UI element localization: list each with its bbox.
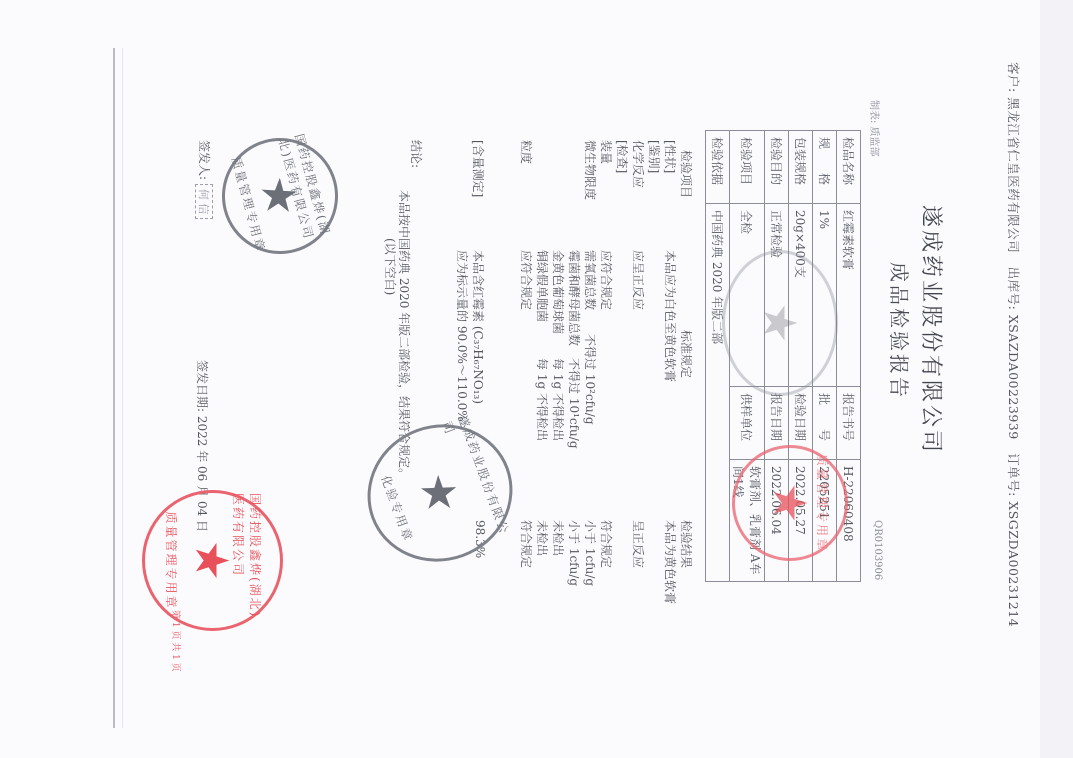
company-title: 遂成药业股份有限公司	[917, 205, 948, 455]
prepared-by: 制表: 质监部	[868, 100, 883, 157]
result-item: 化学反应	[630, 140, 647, 188]
signer-row: 签发人: 何 信	[195, 140, 213, 219]
result-item: [性状]	[662, 140, 679, 173]
info-label: 批 号	[813, 387, 837, 460]
result-value: 本品为黄色软膏	[662, 520, 679, 604]
result-standard: 应为标示量的 90.0%～110.0%	[454, 250, 471, 422]
info-label: 规 格	[813, 131, 837, 204]
star-icon: ★	[757, 302, 803, 343]
star-icon: ★	[767, 482, 813, 523]
result-standard: 应符合规定	[598, 250, 615, 310]
outbound-number: XSAZDA00223939	[1006, 315, 1021, 440]
result-item: 装量	[598, 140, 615, 164]
report-title: 成品检验报告	[886, 262, 915, 400]
info-label: 检验项目	[730, 131, 765, 204]
result-value: 未检出	[534, 520, 551, 556]
result-item: [含量测定]	[470, 140, 487, 197]
blank-note: (以下空白)	[382, 238, 399, 295]
customer-label: 客户:	[1006, 62, 1021, 93]
info-row: 检验依据中国药典 2020 年版二部	[706, 131, 730, 582]
info-label: 检品名称	[837, 131, 861, 204]
result-item: [鉴别]	[646, 140, 663, 173]
info-label: 检验依据	[706, 131, 730, 204]
results-header-standard: 标准规定	[678, 330, 695, 378]
result-item: [检查]	[614, 140, 631, 173]
sign-date-label: 签发日期:	[195, 360, 209, 412]
document-code: QR0103906	[872, 520, 883, 580]
conclusion-label: 结论:	[408, 140, 425, 168]
signer-label: 签发人:	[197, 140, 211, 180]
qc-stamp-red: ★ 国药控股鑫烨(湖北)医药有限公司 质量管理专用章	[142, 490, 283, 631]
result-standard: 应呈正反应	[630, 250, 647, 310]
info-value: 中国药典 2020 年版二部	[706, 204, 730, 582]
qc-stamp-gray: ★ 国药控股鑫烨(湖北)医药有限公司 质量管理专用章	[209, 125, 351, 267]
results-header-item: 检验项目	[678, 150, 695, 198]
result-item: 微生物限度	[582, 140, 599, 200]
test-stamp-gray: ★ 遂成药业股份有限公司 化验专用章	[348, 404, 532, 582]
result-value: 未检出	[550, 520, 567, 556]
result-value: 小于 1cfu/g	[582, 520, 599, 586]
qc-stamp-red-top: ★ 质量管理专用章	[732, 445, 848, 561]
result-item: 粒度	[518, 140, 535, 164]
info-label: 报告书号	[837, 387, 861, 460]
info-label: 供样单位	[730, 387, 765, 460]
result-standard: 铜绿假单胞菌 每 1g 不得检出	[534, 250, 551, 441]
customer-name: 黑龙江省仁皇医药有限公司	[1006, 97, 1021, 253]
order-label: 订单号:	[1006, 453, 1021, 497]
result-standard: 金黄色葡萄球菌 每 1g 不得检出	[550, 250, 567, 441]
result-standard: 本品应为白色至黄色软膏	[662, 250, 679, 382]
info-value: 红霉素软膏	[837, 204, 861, 387]
result-value: 呈正反应	[630, 520, 647, 568]
result-value: 符合规定	[598, 520, 615, 568]
inspection-report-page: 客户: 黑龙江省仁皇医药有限公司 出库号: XSAZDA00223939 订单号…	[0, 0, 1073, 758]
results-header-result: 检验结果	[678, 520, 695, 568]
outbound-label: 出库号:	[1006, 267, 1021, 311]
info-label: 检验目的	[765, 131, 789, 204]
signer-signature: 何 信	[195, 184, 213, 220]
result-value: 小于 1cfu/g	[566, 520, 583, 586]
order-number: XSGZDA00231214	[1006, 501, 1021, 627]
info-label: 包装规格	[789, 131, 813, 204]
result-standard: 霉菌和酵母菌总数 不得过 10¹cfu/g	[566, 250, 583, 449]
company-stamp-faint: ★	[722, 250, 838, 396]
result-standard: 应符合规定	[518, 250, 535, 310]
header-line: 客户: 黑龙江省仁皇医药有限公司 出库号: XSAZDA00223939 订单号…	[1005, 62, 1023, 627]
result-value: 符合规定	[518, 520, 535, 568]
result-standard: 本品含红霉素 (C₃₇H₆₇NO₁₃)	[470, 250, 487, 404]
star-icon: ★	[190, 540, 236, 581]
result-standard: 需氧菌总数 不得过 10²cfu/g	[582, 250, 599, 425]
